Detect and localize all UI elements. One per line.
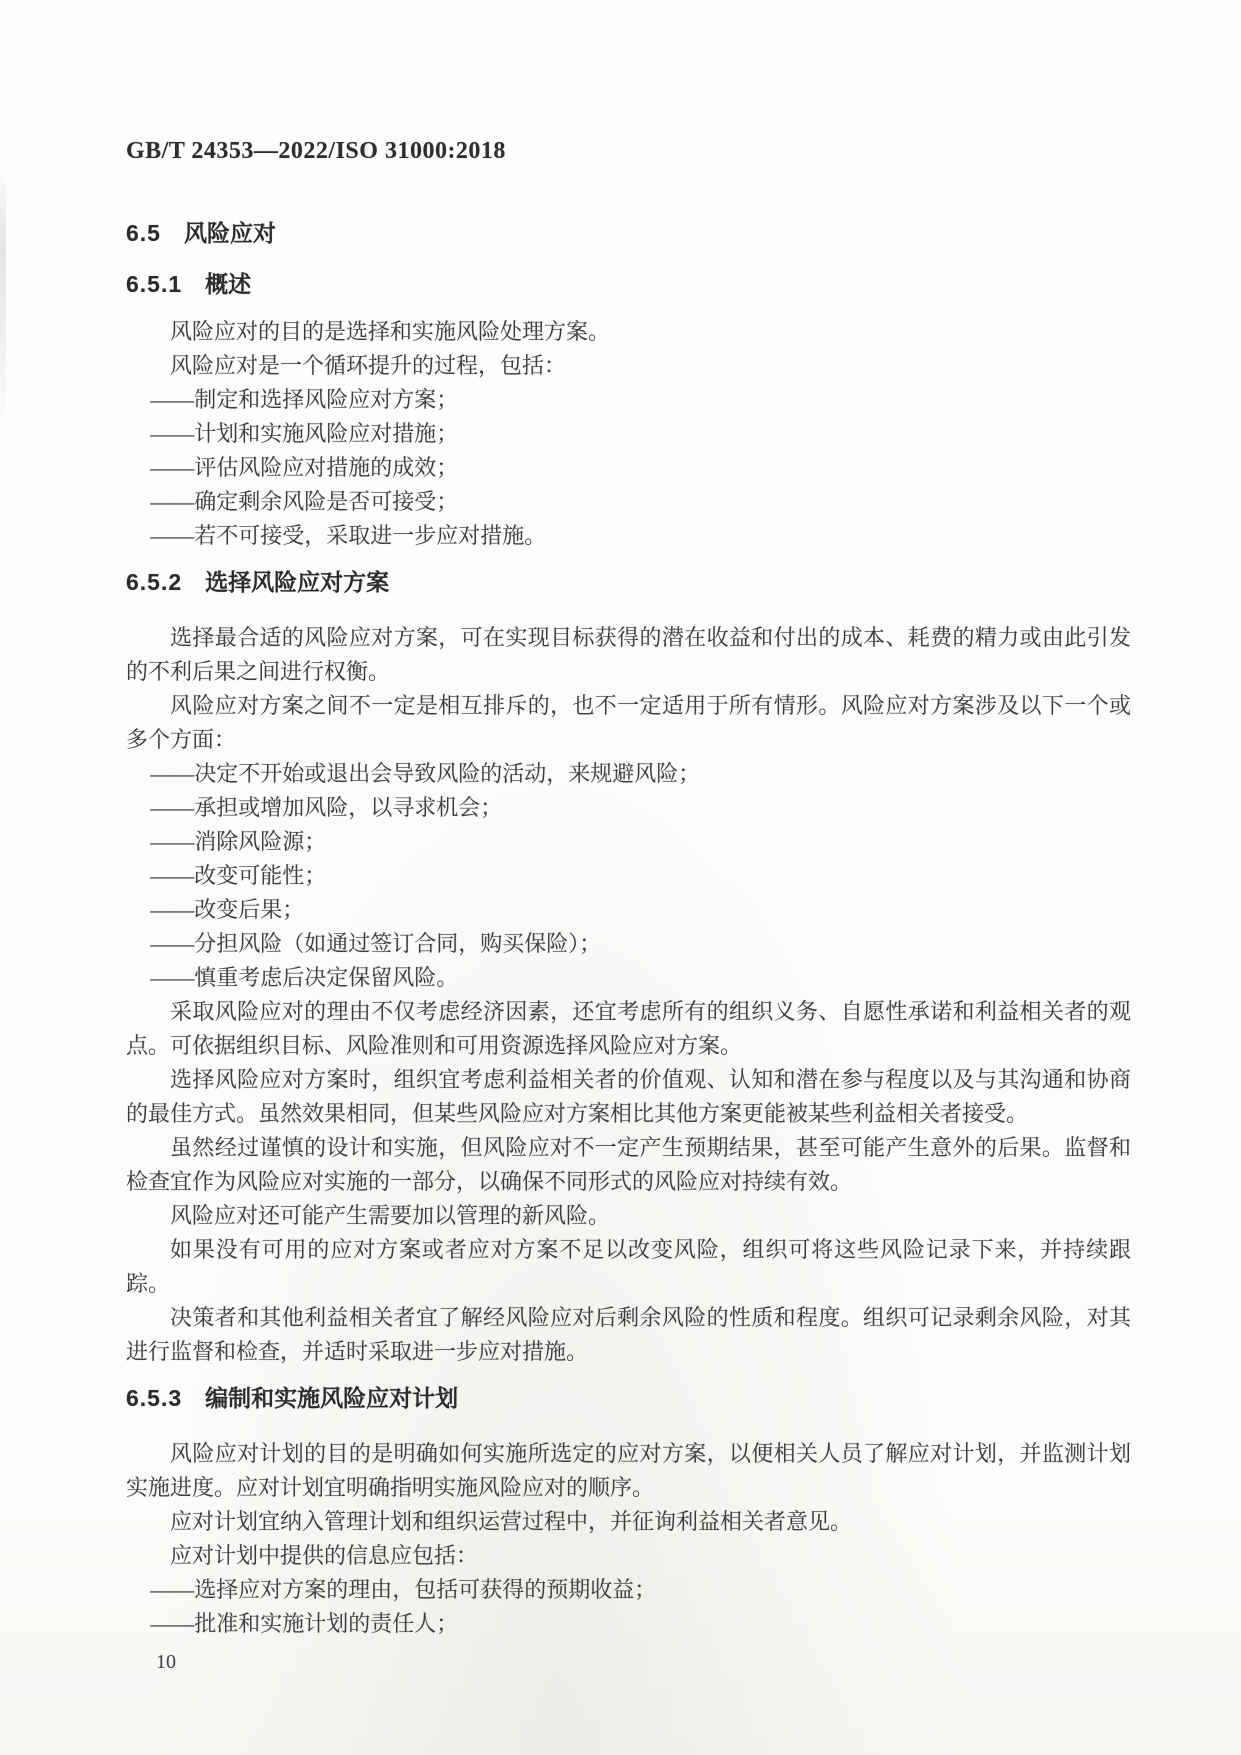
list-item: ——批准和实施计划的责任人； — [126, 1607, 1131, 1641]
clause-title: 编制和实施风险应对计划 — [205, 1385, 458, 1411]
section-heading-6-5-2: 6.5.2选择风险应对方案 — [126, 569, 1131, 595]
paragraph: 采取风险应对的理由不仅考虑经济因素，还宜考虑所有的组织义务、自愿性承诺和利益相关… — [126, 995, 1131, 1063]
section-6-5-2-body: 选择最合适的风险应对方案，可在实现目标获得的潜在收益和付出的成本、耗费的精力或由… — [126, 621, 1131, 1369]
list-item: ——分担风险（如通过签订合同，购买保险）； — [126, 927, 1131, 961]
list-item: ——若不可接受，采取进一步应对措施。 — [126, 519, 1131, 553]
document-header: GB/T 24353—2022/ISO 31000:2018 — [126, 138, 1131, 164]
list-item: ——改变可能性； — [126, 859, 1131, 893]
section-heading-6-5-1: 6.5.1概述 — [126, 271, 1131, 297]
section-heading-6-5-3: 6.5.3编制和实施风险应对计划 — [126, 1385, 1131, 1411]
list-item: ——消除风险源； — [126, 825, 1131, 859]
clause-number: 6.5.1 — [126, 271, 182, 297]
section-6-5-1-body: 风险应对的目的是选择和实施风险处理方案。 风险应对是一个循环提升的过程，包括： … — [126, 315, 1131, 553]
clause-title: 概述 — [205, 271, 251, 297]
paragraph: 应对计划中提供的信息应包括： — [126, 1539, 1131, 1573]
list-item: ——选择应对方案的理由，包括可获得的预期收益； — [126, 1573, 1131, 1607]
paragraph: 选择风险应对方案时，组织宜考虑利益相关者的价值观、认知和潜在参与程度以及与其沟通… — [126, 1063, 1131, 1131]
clause-number: 6.5.3 — [126, 1385, 182, 1411]
scan-edge-artifact — [0, 170, 6, 430]
list-item: ——慎重考虑后决定保留风险。 — [126, 961, 1131, 995]
clause-title: 选择风险应对方案 — [205, 569, 389, 595]
paragraph: 虽然经过谨慎的设计和实施，但风险应对不一定产生预期结果，甚至可能产生意外的后果。… — [126, 1131, 1131, 1199]
clause-number: 6.5.2 — [126, 569, 182, 595]
paragraph: 风险应对的目的是选择和实施风险处理方案。 — [126, 315, 1131, 349]
paragraph: 应对计划宜纳入管理计划和组织运营过程中，并征询利益相关者意见。 — [126, 1505, 1131, 1539]
clause-number: 6.5 — [126, 220, 161, 246]
paragraph: 风险应对计划的目的是明确如何实施所选定的应对方案，以便相关人员了解应对计划，并监… — [126, 1437, 1131, 1505]
list-item: ——承担或增加风险，以寻求机会； — [126, 791, 1131, 825]
paragraph: 决策者和其他利益相关者宜了解经风险应对后剩余风险的性质和程度。组织可记录剩余风险… — [126, 1301, 1131, 1369]
list-item: ——评估风险应对措施的成效； — [126, 451, 1131, 485]
section-heading-6-5: 6.5风险应对 — [126, 220, 1131, 246]
section-6-5-3-body: 风险应对计划的目的是明确如何实施所选定的应对方案，以便相关人员了解应对计划，并监… — [126, 1437, 1131, 1641]
clause-title: 风险应对 — [184, 220, 276, 246]
page-number: 10 — [156, 1649, 1131, 1675]
paragraph: 风险应对方案之间不一定是相互排斥的，也不一定适用于所有情形。风险应对方案涉及以下… — [126, 689, 1131, 757]
list-item: ——确定剩余风险是否可接受； — [126, 485, 1131, 519]
paragraph: 如果没有可用的应对方案或者应对方案不足以改变风险，组织可将这些风险记录下来，并持… — [126, 1233, 1131, 1301]
document-page: GB/T 24353—2022/ISO 31000:2018 6.5风险应对 6… — [0, 0, 1241, 1755]
list-item: ——决定不开始或退出会导致风险的活动，来规避风险； — [126, 757, 1131, 791]
list-item: ——计划和实施风险应对措施； — [126, 417, 1131, 451]
list-item: ——制定和选择风险应对方案； — [126, 383, 1131, 417]
list-item: ——改变后果； — [126, 893, 1131, 927]
paragraph: 选择最合适的风险应对方案，可在实现目标获得的潜在收益和付出的成本、耗费的精力或由… — [126, 621, 1131, 689]
paragraph: 风险应对还可能产生需要加以管理的新风险。 — [126, 1199, 1131, 1233]
paragraph: 风险应对是一个循环提升的过程，包括： — [126, 349, 1131, 383]
